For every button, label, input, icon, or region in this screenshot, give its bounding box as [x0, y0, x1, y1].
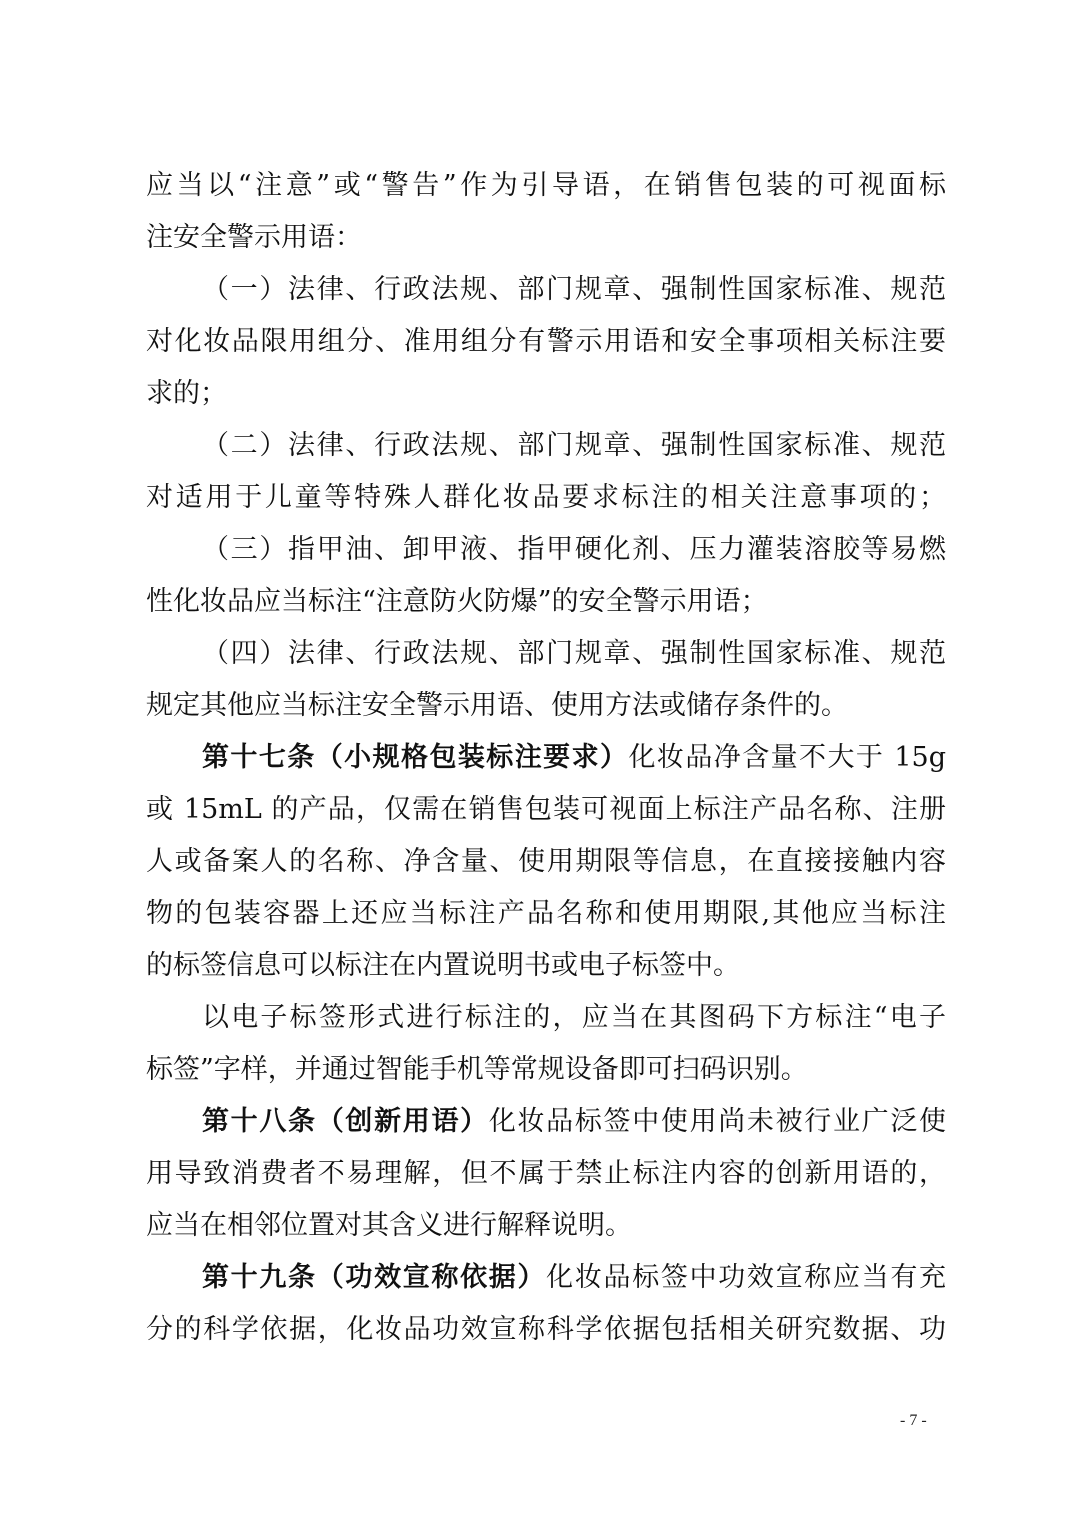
line-text: 化妆品标签中功效宣称应当有充: [546, 1262, 946, 1293]
text-line: 规定其他应当标注安全警示用语、使用方法或储存条件的。: [146, 680, 946, 732]
text-line: 注安全警示用语：: [146, 212, 946, 264]
line-text: （三）指甲油、卸甲液、指甲硬化剂、压力灌装溶胶等易燃: [202, 534, 946, 565]
article-title: 第十七条（小规格包装标注要求）: [202, 742, 628, 773]
text-line: 用导致消费者不易理解，但不属于禁止标注内容的创新用语的，: [146, 1148, 946, 1200]
line-text: 以电子标签形式进行标注的，应当在其图码下方标注“电子: [202, 1002, 946, 1033]
text-line: （四）法律、行政法规、部门规章、强制性国家标准、规范: [146, 628, 946, 680]
line-text: 对化妆品限用组分、准用组分有警示用语和安全事项相关标注要: [146, 326, 946, 357]
line-text: 求的；: [146, 378, 227, 409]
line-text: 应当以“注意”或“警告”作为引导语，在销售包装的可视面标: [146, 170, 946, 201]
line-text: 注安全警示用语：: [146, 222, 362, 253]
line-text: （一）法律、行政法规、部门规章、强制性国家标准、规范: [202, 274, 946, 305]
line-text: 物的包装容器上还应当标注产品名称和使用期限,其他应当标注: [146, 898, 946, 929]
text-line: 或 15mL 的产品，仅需在销售包装可视面上标注产品名称、注册: [146, 784, 946, 836]
line-text: 或 15mL 的产品，仅需在销售包装可视面上标注产品名称、注册: [146, 794, 946, 825]
line-text: （四）法律、行政法规、部门规章、强制性国家标准、规范: [202, 638, 946, 669]
article-heading-line: 第十九条（功效宣称依据）化妆品标签中功效宣称应当有充: [146, 1252, 946, 1304]
text-line: （一）法律、行政法规、部门规章、强制性国家标准、规范: [146, 264, 946, 316]
line-text: 化妆品标签中使用尚未被行业广泛使: [489, 1106, 946, 1137]
article-heading-line: 第十七条（小规格包装标注要求）化妆品净含量不大于 15g: [146, 732, 946, 784]
text-line: 人或备案人的名称、净含量、使用期限等信息，在直接接触内容: [146, 836, 946, 888]
article-title: 第十九条（功效宣称依据）: [202, 1262, 546, 1293]
text-line: 性化妆品应当标注“注意防火防爆”的安全警示用语；: [146, 576, 946, 628]
text-line: 以电子标签形式进行标注的，应当在其图码下方标注“电子: [146, 992, 946, 1044]
article-title: 第十八条（创新用语）: [202, 1106, 489, 1137]
text-line: 物的包装容器上还应当标注产品名称和使用期限,其他应当标注: [146, 888, 946, 940]
text-line: （三）指甲油、卸甲液、指甲硬化剂、压力灌装溶胶等易燃: [146, 524, 946, 576]
line-text: 应当在相邻位置对其含义进行解释说明。: [146, 1210, 632, 1241]
text-line: 对适用于儿童等特殊人群化妆品要求标注的相关注意事项的；: [146, 472, 946, 524]
text-line: 分的科学依据，化妆品功效宣称科学依据包括相关研究数据、功: [146, 1304, 946, 1356]
article-heading-line: 第十八条（创新用语）化妆品标签中使用尚未被行业广泛使: [146, 1096, 946, 1148]
line-text: 化妆品净含量不大于 15g: [628, 742, 946, 773]
line-text: 性化妆品应当标注“注意防火防爆”的安全警示用语；: [146, 586, 768, 617]
text-line: （二）法律、行政法规、部门规章、强制性国家标准、规范: [146, 420, 946, 472]
text-line: 对化妆品限用组分、准用组分有警示用语和安全事项相关标注要: [146, 316, 946, 368]
text-line: 求的；: [146, 368, 946, 420]
text-line: 应当在相邻位置对其含义进行解释说明。: [146, 1200, 946, 1252]
line-text: 分的科学依据，化妆品功效宣称科学依据包括相关研究数据、功: [146, 1314, 946, 1345]
line-text: 规定其他应当标注安全警示用语、使用方法或储存条件的。: [146, 690, 848, 721]
text-line: 标签”字样，并通过智能手机等常规设备即可扫码识别。: [146, 1044, 946, 1096]
text-line: 的标签信息可以标注在内置说明书或电子标签中。: [146, 940, 946, 992]
page-number: - 7 -: [900, 1412, 927, 1430]
line-text: 用导致消费者不易理解，但不属于禁止标注内容的创新用语的，: [146, 1158, 946, 1189]
line-text: 对适用于儿童等特殊人群化妆品要求标注的相关注意事项的；: [146, 482, 946, 513]
line-text: （二）法律、行政法规、部门规章、强制性国家标准、规范: [202, 430, 946, 461]
text-line: 应当以“注意”或“警告”作为引导语，在销售包装的可视面标: [146, 160, 946, 212]
line-text: 标签”字样，并通过智能手机等常规设备即可扫码识别。: [146, 1054, 808, 1085]
line-text: 的标签信息可以标注在内置说明书或电子标签中。: [146, 950, 740, 981]
line-text: 人或备案人的名称、净含量、使用期限等信息，在直接接触内容: [146, 846, 946, 877]
